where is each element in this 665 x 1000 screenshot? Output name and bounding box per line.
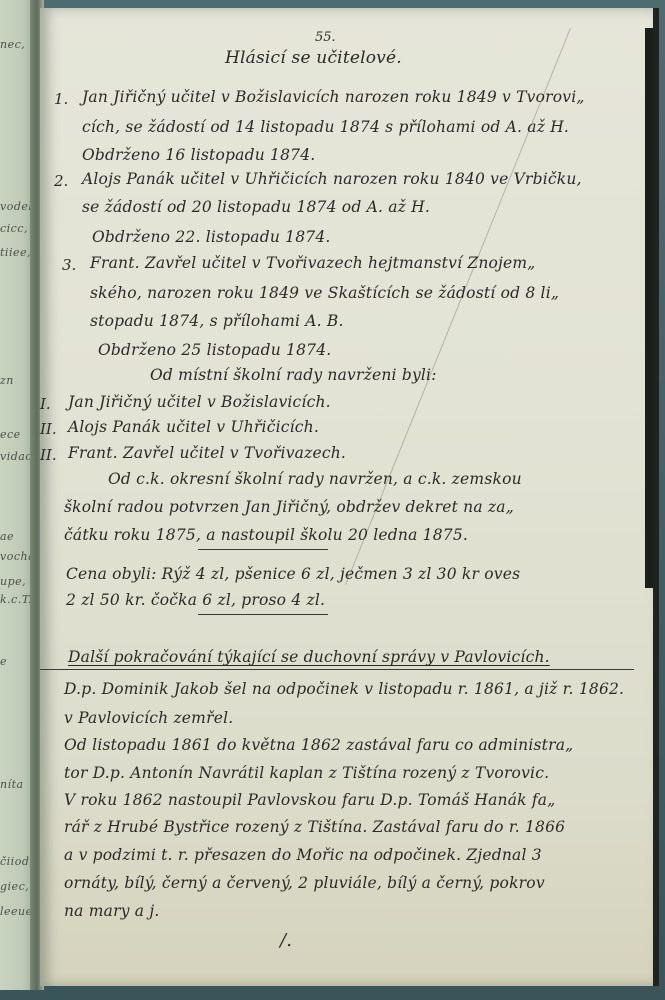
left-page-fragment: leeue bbox=[0, 905, 33, 918]
decision-line: školní radou potvrzen Jan Jiřičný, obdrž… bbox=[64, 498, 514, 516]
section-line: na mary a j. bbox=[64, 902, 159, 920]
left-page-fragment: k.c.T. bbox=[0, 593, 32, 606]
applicant-line: se žádostí od 20 listopadu 1874 od A. až… bbox=[82, 198, 430, 216]
proposal-numeral: I. bbox=[40, 395, 51, 413]
proposal-item: Frant. Zavřel učitel v Tvořivazech. bbox=[68, 444, 346, 462]
end-mark: /. bbox=[280, 930, 292, 951]
applicant-line: Alojs Panák učitel v Uhřičicích narozen … bbox=[82, 170, 582, 188]
left-page-fragment: e bbox=[0, 655, 7, 668]
left-page-fragment: ece bbox=[0, 428, 21, 441]
prices-line: Cena obyli: Rýž 4 zl, pšenice 6 zl, ječm… bbox=[66, 565, 520, 583]
left-page-fragment: vodel bbox=[0, 200, 32, 213]
left-page-fragment: nec, bbox=[0, 38, 25, 51]
section-line: rář z Hrubé Bystřice rozený z Tištína. Z… bbox=[64, 818, 565, 836]
applicant-number: 2. bbox=[54, 172, 68, 190]
page-edge-shadow bbox=[645, 28, 653, 588]
applicant-received: Obdrženo 25 listopadu 1874. bbox=[98, 341, 331, 359]
left-page-fragment: giec, bbox=[0, 880, 29, 893]
manuscript-page: 55. Hlásicí se učitelové. 1. Jan Jiřičný… bbox=[40, 8, 659, 986]
left-page-fragment: cicc, bbox=[0, 222, 28, 235]
proposal-item: Jan Jiřičný učitel v Božislavicích. bbox=[68, 393, 331, 411]
applicant-received: Obdrženo 16 listopadu 1874. bbox=[82, 146, 315, 164]
applicant-line: Jan Jiřičný učitel v Božislavicích naroz… bbox=[82, 88, 585, 106]
section-line: ornáty, bílý, černý a červený, 2 pluviál… bbox=[64, 874, 545, 892]
page-number: 55. bbox=[315, 30, 336, 45]
left-page-fragment: ae bbox=[0, 530, 14, 543]
left-page-fragment: níta bbox=[0, 778, 24, 791]
proposal-item: Alojs Panák učitel v Uhřičicích. bbox=[68, 418, 319, 436]
section-line: tor D.p. Antonín Navrátil kaplan z Tiští… bbox=[64, 764, 549, 782]
page-heading: Hlásicí se učitelové. bbox=[225, 48, 402, 68]
section-line: v Pavlovicích zemřel. bbox=[64, 709, 233, 727]
applicant-line: Frant. Zavřel učitel v Tvořivazech hejtm… bbox=[90, 254, 536, 272]
left-page-fragment: čiiod bbox=[0, 855, 29, 868]
applicant-received: Obdrženo 22. listopadu 1874. bbox=[92, 228, 331, 246]
section-heading: Další pokračování týkající se duchovní s… bbox=[68, 648, 550, 666]
applicant-line: cích, se žádostí od 14 listopadu 1874 s … bbox=[82, 118, 569, 136]
section-line: D.p. Dominik Jakob šel na odpočinek v li… bbox=[64, 680, 624, 698]
separator-rule bbox=[198, 549, 328, 550]
heading-underline bbox=[40, 669, 634, 670]
applicant-number: 1. bbox=[54, 90, 68, 108]
section-line: Od listopadu 1861 do května 1862 zastáva… bbox=[64, 736, 573, 754]
left-page-fragment: zn bbox=[0, 374, 14, 387]
left-page-fragment: vidao bbox=[0, 450, 32, 463]
section-line: V roku 1862 nastoupil Pavlovskou faru D.… bbox=[64, 791, 555, 809]
separator-rule bbox=[198, 614, 328, 615]
applicant-line: stopadu 1874, s přílohami A. B. bbox=[90, 312, 344, 330]
prices-line: 2 zl 50 kr. čočka 6 zl, proso 4 zl. bbox=[66, 591, 325, 609]
decision-line: Od c.k. okresní školní rady navržen, a c… bbox=[108, 470, 522, 488]
applicant-number: 3. bbox=[62, 256, 76, 274]
proposal-numeral: II. bbox=[40, 446, 57, 464]
section-line: a v podzimi t. r. přesazen do Mořic na o… bbox=[64, 846, 542, 864]
left-page-fragment: upe, bbox=[0, 575, 26, 588]
decision-line: čátku roku 1875, a nastoupil školu 20 le… bbox=[64, 526, 468, 544]
left-page-fragment: tiiee, bbox=[0, 246, 31, 259]
proposal-heading: Od místní školní rady navrženi byli: bbox=[150, 366, 437, 384]
proposal-numeral: II. bbox=[40, 420, 57, 438]
applicant-line: ského, narozen roku 1849 ve Skaštících s… bbox=[90, 284, 559, 302]
